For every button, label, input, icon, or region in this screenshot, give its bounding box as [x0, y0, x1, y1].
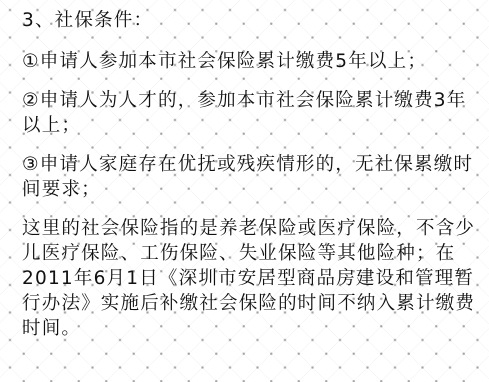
circled-number-1-icon: ①	[22, 51, 40, 72]
condition-text: 申请人参加本市社会保险累计缴费5年以上；	[40, 51, 427, 72]
circled-number-3-icon: ③	[22, 154, 40, 175]
section-heading: 3、社保条件：	[22, 8, 482, 33]
spacer	[22, 33, 482, 49]
spacer	[22, 138, 482, 152]
spacer	[22, 74, 482, 88]
condition-item-1: ①申请人参加本市社会保险累计缴费5年以上；	[22, 49, 482, 74]
condition-item-2: ②申请人为人才的，参加本市社会保险累计缴费3年以上；	[22, 88, 482, 138]
condition-item-3: ③申请人家庭存在优抚或残疾情形的，无社保累缴时间要求；	[22, 152, 482, 202]
spacer	[22, 202, 482, 216]
social-insurance-conditions: 3、社保条件： ①申请人参加本市社会保险累计缴费5年以上； ②申请人为人才的，参…	[22, 8, 482, 341]
condition-text: 申请人为人才的，参加本市社会保险累计缴费3年以上；	[22, 90, 466, 136]
circled-number-2-icon: ②	[22, 90, 40, 111]
explanatory-note: 这里的社会保险指的是养老保险或医疗保险，不含少儿医疗保险、工伤保险、失业保险等其…	[22, 216, 482, 341]
condition-text: 申请人家庭存在优抚或残疾情形的，无社保累缴时间要求；	[22, 154, 473, 200]
